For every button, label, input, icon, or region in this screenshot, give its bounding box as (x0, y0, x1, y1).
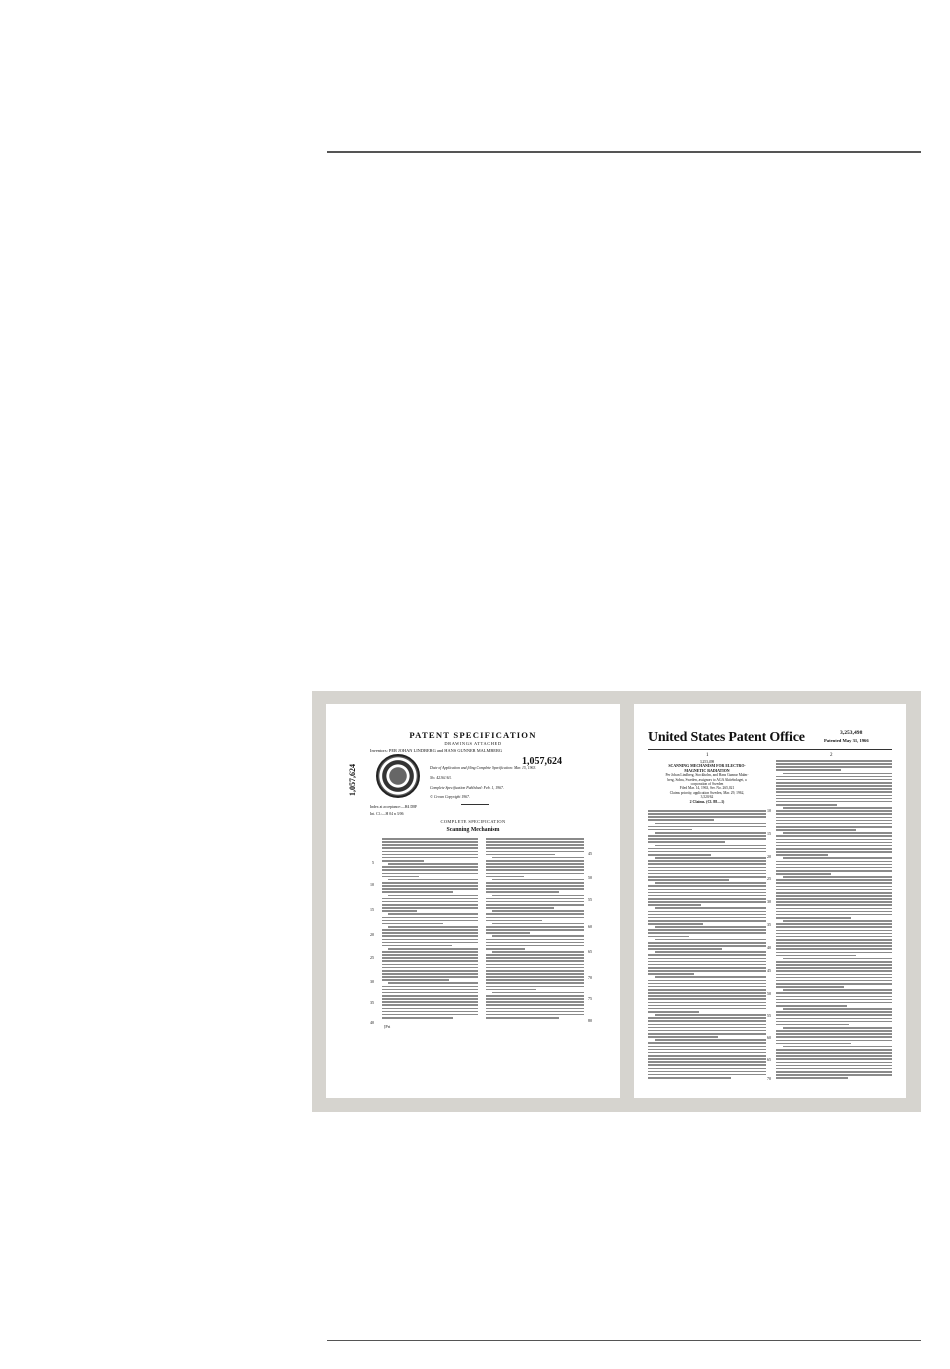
text-line (776, 788, 892, 790)
text-line (776, 1014, 892, 1016)
text-line (776, 955, 856, 957)
text-line (648, 904, 701, 906)
text-line (486, 982, 584, 984)
text-line (648, 901, 766, 903)
text-line (486, 913, 584, 915)
text-line (486, 942, 584, 944)
text-line (776, 1058, 892, 1060)
text-line (776, 930, 892, 932)
text-line (648, 892, 766, 894)
text-line (776, 961, 892, 963)
text-line (776, 898, 892, 900)
text-line (382, 866, 478, 868)
text-line (648, 851, 766, 853)
text-line (648, 1058, 766, 1060)
text-line (776, 942, 892, 944)
text-line (776, 914, 892, 916)
text-line (648, 1008, 766, 1010)
text-line (486, 876, 524, 878)
text-line (655, 1039, 766, 1041)
text-line (382, 851, 478, 853)
text-line (776, 845, 892, 847)
line-number: 70 (588, 975, 592, 980)
us-header-block: 3,253,498 SCANNING MECHANISM FOR ELECTRO… (648, 760, 766, 804)
text-line (486, 882, 584, 884)
text-line (648, 948, 722, 950)
text-line (388, 982, 478, 984)
uk-complete-spec: COMPLETE SPECIFICATION (326, 819, 620, 824)
text-line (648, 854, 711, 856)
text-line (776, 1021, 892, 1023)
us-text-column-1 (648, 810, 766, 1080)
text-line (486, 891, 559, 893)
text-line (648, 917, 766, 919)
text-line (486, 998, 584, 1000)
text-line (776, 948, 892, 950)
text-line (776, 826, 892, 828)
text-line (648, 1046, 766, 1048)
text-line (486, 888, 584, 890)
text-line (486, 901, 584, 903)
text-line (486, 1008, 584, 1010)
text-line (648, 860, 766, 862)
text-line (648, 1052, 766, 1054)
line-number: 55 (767, 1013, 771, 1018)
text-line (382, 954, 478, 956)
text-line (382, 844, 478, 846)
text-line (648, 932, 766, 934)
text-line (486, 917, 584, 919)
text-line (492, 923, 584, 925)
text-line (382, 917, 478, 919)
line-number: 80 (588, 1018, 592, 1023)
text-line (486, 989, 536, 991)
text-line (382, 888, 478, 890)
text-line (382, 891, 453, 893)
text-line (776, 769, 841, 771)
text-line (486, 926, 584, 928)
text-line (388, 863, 478, 865)
text-line (382, 979, 449, 981)
text-line (648, 1061, 766, 1063)
text-line (776, 977, 892, 979)
us-claims-line: 2 Claims. (Cl. 88—1) (690, 800, 725, 804)
text-line (648, 1042, 766, 1044)
text-line (486, 1001, 584, 1003)
text-line (648, 879, 729, 881)
text-line (776, 1055, 892, 1057)
text-line (648, 1002, 766, 1004)
text-line (776, 911, 892, 913)
text-line (648, 967, 766, 969)
text-line (486, 970, 584, 972)
text-line (776, 851, 892, 853)
text-line (776, 817, 892, 819)
text-line (382, 923, 443, 925)
text-line (776, 1065, 892, 1067)
text-line (382, 989, 478, 991)
text-line (648, 1027, 766, 1029)
line-number: 35 (767, 922, 771, 927)
text-line (382, 960, 478, 962)
text-line (382, 967, 478, 969)
text-line (486, 854, 555, 856)
us-invention-title-cont: MAGNETIC RADIATION (684, 769, 729, 773)
text-line (648, 989, 766, 991)
text-line (648, 873, 766, 875)
line-number: 45 (588, 851, 592, 856)
text-line (776, 842, 892, 844)
line-number: 30 (767, 899, 771, 904)
text-line (776, 848, 892, 850)
text-line (382, 970, 478, 972)
text-line (648, 1077, 731, 1079)
text-line (382, 939, 478, 941)
uk-meta-number: No. 42161/63. (430, 776, 452, 780)
text-line (776, 1049, 892, 1051)
text-line (486, 898, 584, 900)
uk-text-column-2 (486, 838, 584, 1020)
text-line (486, 948, 525, 950)
line-number: 40 (767, 945, 771, 950)
text-line (492, 992, 584, 994)
us-header-rule (648, 749, 892, 750)
text-line (648, 885, 766, 887)
text-line (382, 882, 478, 884)
text-line (776, 791, 892, 793)
text-line (776, 917, 851, 919)
text-line (388, 879, 478, 881)
text-line (776, 996, 892, 998)
text-line (486, 973, 584, 975)
text-line (776, 779, 892, 781)
text-line (486, 885, 584, 887)
text-line (776, 1036, 892, 1038)
text-line (776, 804, 837, 806)
text-line (382, 995, 478, 997)
text-line (776, 964, 892, 966)
text-line (776, 926, 892, 928)
text-line (382, 1001, 478, 1003)
text-line (776, 820, 892, 822)
text-line (382, 1004, 478, 1006)
text-line (655, 832, 766, 834)
text-line (486, 929, 584, 931)
text-line (776, 795, 892, 797)
text-line (486, 1011, 584, 1013)
us-patent-office-title: United States Patent Office (648, 730, 805, 746)
text-line (486, 866, 584, 868)
text-line (648, 980, 766, 982)
text-line (776, 867, 892, 869)
text-line (648, 1033, 766, 1035)
text-line (388, 926, 478, 928)
text-line (648, 964, 766, 966)
bottom-divider (327, 1340, 921, 1341)
text-line (486, 960, 584, 962)
text-line (776, 1030, 892, 1032)
uk-inventors: Inventors: PER JOHAN LINDBERG and HANS G… (370, 748, 502, 753)
text-line (648, 936, 689, 938)
text-line (648, 1049, 766, 1051)
uk-meta-application: Date of Application and filing Complete … (430, 766, 536, 770)
text-line (783, 876, 892, 878)
text-line (382, 945, 452, 947)
text-line (776, 974, 892, 976)
text-line (388, 948, 478, 950)
text-line (776, 970, 892, 972)
text-line (655, 823, 766, 825)
text-line (648, 1055, 766, 1057)
text-line (648, 1068, 766, 1070)
text-line (776, 986, 844, 988)
text-line (648, 813, 766, 815)
text-line (776, 1005, 847, 1007)
text-line (486, 1014, 584, 1016)
text-line (655, 845, 766, 847)
uk-index-acceptance: Index at acceptance:—H4 D8F (370, 805, 417, 809)
text-line (486, 1004, 584, 1006)
text-line (648, 986, 766, 988)
text-line (486, 920, 542, 922)
text-line (486, 869, 584, 871)
text-line (382, 901, 478, 903)
text-line (648, 895, 766, 897)
text-line (648, 923, 703, 925)
text-line (486, 976, 584, 978)
text-line (382, 1017, 453, 1019)
text-line (486, 838, 584, 840)
line-number: 60 (767, 1035, 771, 1040)
text-line (382, 986, 478, 988)
text-line (783, 1046, 892, 1048)
text-line (776, 923, 892, 925)
text-line (382, 976, 478, 978)
text-line (776, 813, 892, 815)
text-line (382, 841, 478, 843)
text-line (776, 782, 892, 784)
us-header-line: Per Johan Lindberg, Stockholm, and Hans … (648, 773, 766, 777)
text-line (382, 910, 417, 912)
us-patent-number: 3,253,498 (840, 730, 862, 736)
text-line (486, 964, 584, 966)
text-line (382, 1008, 478, 1010)
text-line (648, 1020, 766, 1022)
text-line (776, 801, 892, 803)
us-invention-title: SCANNING MECHANISM FOR ELECTRO- (668, 764, 745, 768)
text-line (382, 998, 478, 1000)
text-line (776, 933, 892, 935)
text-line (776, 776, 892, 778)
text-line (382, 857, 478, 859)
text-line (648, 876, 766, 878)
text-line (776, 999, 892, 1001)
text-line (655, 939, 766, 941)
text-line (783, 807, 892, 809)
text-line (655, 857, 766, 859)
text-line (655, 882, 766, 884)
text-line (648, 920, 766, 922)
text-line (648, 1011, 699, 1013)
text-line (486, 847, 584, 849)
text-line (648, 841, 725, 843)
text-line (492, 879, 584, 881)
text-line (486, 863, 584, 865)
line-number: 10 (767, 808, 771, 813)
text-line (776, 889, 892, 891)
text-line (783, 773, 892, 775)
text-line (382, 957, 478, 959)
text-line (382, 847, 478, 849)
text-line (648, 992, 766, 994)
text-line (486, 907, 554, 909)
uk-page-footnote: [Pri (384, 1024, 390, 1029)
text-line (783, 920, 892, 922)
us-text-column-2 (776, 760, 892, 1080)
text-line (655, 976, 766, 978)
text-line (783, 958, 892, 960)
text-line (776, 967, 892, 969)
text-line (776, 1018, 892, 1020)
line-number: 40 (370, 1020, 374, 1025)
text-line (776, 873, 831, 875)
text-line (776, 939, 892, 941)
text-line (382, 992, 478, 994)
text-line (486, 986, 584, 988)
text-line (776, 1074, 892, 1076)
text-line (776, 829, 856, 831)
text-line (382, 1014, 478, 1016)
text-line (776, 1033, 892, 1035)
text-line (776, 952, 892, 954)
text-line (655, 926, 766, 928)
uk-heading: Scanning Mechanism (326, 827, 620, 833)
text-line (382, 951, 478, 953)
text-line (776, 1068, 892, 1070)
text-line (648, 1024, 766, 1026)
text-line (648, 961, 766, 963)
line-number: 45 (767, 968, 771, 973)
text-line (382, 854, 478, 856)
text-line (648, 970, 766, 972)
text-line (655, 1014, 766, 1016)
uk-drawings-attached: DRAWINGS ATTACHED (326, 741, 620, 746)
text-line (776, 895, 892, 897)
text-line (783, 857, 892, 859)
text-line (648, 998, 766, 1000)
line-number: 20 (370, 932, 374, 937)
text-line (382, 929, 478, 931)
text-line (776, 936, 892, 938)
text-line (382, 964, 478, 966)
crown-seal-icon (376, 754, 420, 798)
text-line (648, 1030, 766, 1032)
uk-meta-published: Complete Specification Published: Feb. 1… (430, 786, 504, 790)
line-number: 35 (370, 1000, 374, 1005)
uk-meta-rule (461, 804, 489, 805)
us-column-number: 2 (830, 753, 833, 758)
text-line (492, 951, 584, 953)
text-line (382, 838, 478, 840)
text-line (648, 958, 766, 960)
text-line (776, 1024, 849, 1026)
text-line (492, 935, 584, 937)
text-line (486, 932, 530, 934)
line-number: 5 (372, 860, 374, 865)
us-patented-date: Patented May 31, 1966 (824, 738, 869, 743)
text-line (382, 885, 478, 887)
text-line (776, 901, 892, 903)
text-line (486, 873, 584, 875)
text-line (648, 829, 692, 831)
text-line (776, 1052, 892, 1054)
line-number: 65 (767, 1057, 771, 1062)
text-line (486, 841, 584, 843)
text-line (648, 810, 766, 812)
uk-vertical-number: 1,057,624 (348, 764, 357, 796)
text-line (776, 766, 892, 768)
text-line (648, 867, 766, 869)
text-line (776, 1077, 848, 1079)
text-line (492, 857, 584, 859)
text-line (776, 798, 892, 800)
text-line (776, 760, 892, 762)
text-line (776, 1043, 851, 1045)
line-number: 50 (588, 875, 592, 880)
text-line (486, 954, 584, 956)
line-number: 25 (767, 876, 771, 881)
text-line (382, 1011, 478, 1013)
text-line (382, 932, 478, 934)
line-number: 15 (767, 831, 771, 836)
text-line (648, 898, 766, 900)
line-number: 65 (588, 949, 592, 954)
text-line (486, 1017, 559, 1019)
text-line (648, 954, 766, 956)
text-line (648, 826, 766, 828)
text-line (648, 995, 766, 997)
text-line (648, 914, 766, 916)
text-line (776, 1062, 892, 1064)
text-line (382, 869, 478, 871)
line-number: 55 (588, 897, 592, 902)
text-line (776, 882, 892, 884)
text-line (648, 835, 766, 837)
uk-meta-copyright: © Crown Copyright 1967. (430, 795, 470, 799)
text-line (648, 1064, 766, 1066)
text-line (776, 854, 828, 856)
text-line (776, 839, 892, 841)
uk-patent-page: PATENT SPECIFICATION DRAWINGS ATTACHED I… (326, 704, 620, 1098)
text-line (382, 907, 478, 909)
line-number: 25 (370, 955, 374, 960)
text-line (776, 864, 892, 866)
text-line (486, 904, 584, 906)
uk-patent-title: PATENT SPECIFICATION (326, 730, 620, 740)
text-line (776, 763, 892, 765)
text-line (382, 860, 424, 862)
text-line (648, 863, 766, 865)
text-line (776, 886, 892, 888)
line-number: 50 (767, 991, 771, 996)
text-line (648, 983, 766, 985)
line-number: 10 (370, 882, 374, 887)
text-line (382, 876, 419, 878)
text-line (388, 913, 478, 915)
text-line (486, 957, 584, 959)
text-line (648, 945, 766, 947)
text-line (776, 879, 892, 881)
